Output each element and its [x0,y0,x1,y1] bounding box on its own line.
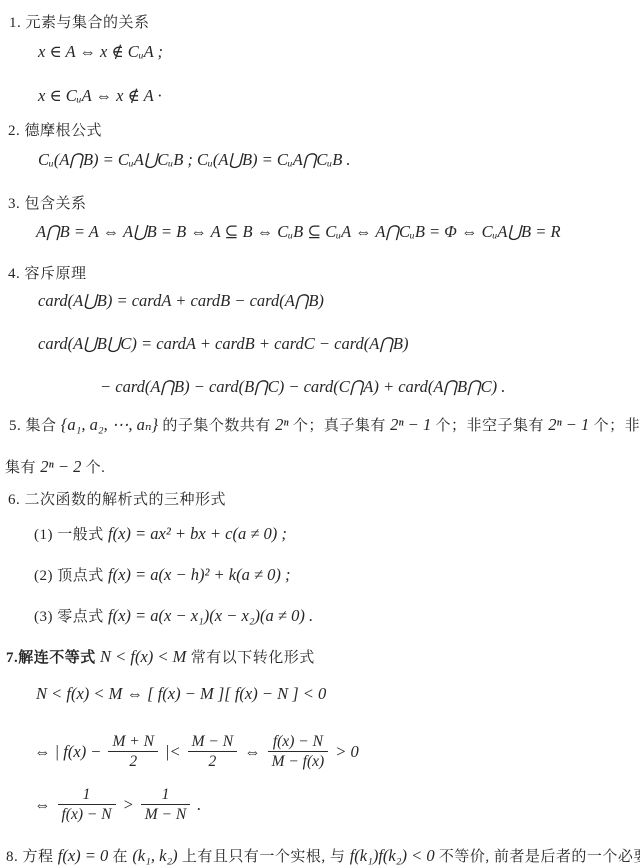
item7-formula-1: N < f(x) < M ⇔ [ f(x) − M ][ f(x) − N ] … [36,684,326,704]
fraction-numerator: M − N [188,733,237,752]
item6-form-1: (1) 一般式 f(x) = ax² + bx + c(a ≠ 0) ; [34,523,287,544]
item2-formula-1: Cᵤ(A⋂B) = CᵤA⋃CᵤB ; Cᵤ(A⋃B) = CᵤA⋂CᵤB . [38,150,351,170]
item5-set-notation: {a₁, a₂, ⋯, aₙ} [61,415,158,434]
item8-line: 8. 方程 f(x) = 0 在 (k₁, k₂) 上有且只有一个实根, 与 f… [6,845,640,866]
item8-text: 在 [108,849,132,865]
item7-f2-part: > 0 [335,742,359,762]
fraction-denominator: M − N [141,805,190,823]
item7-f3-part: > [123,795,134,815]
item6-form-3: (3) 零点式 f(x) = a(x − x₁)(x − x₂)(a ≠ 0) … [34,605,313,626]
item5-text: 个；非空的真子 [589,418,640,434]
item4-formula-3: − card(A⋂B) − card(B⋂C) − card(C⋂A) + ca… [100,377,505,397]
item2-heading: 2. 德摩根公式 [8,119,102,140]
item8-formula: f(x) = 0 [58,846,109,865]
fraction: 1M − N [141,786,190,824]
fraction: M − N2 [188,733,237,771]
item7-formula-3: ⇔ 1f(x) − N > 1M − N . [34,786,201,824]
fraction-numerator: 1 [141,786,190,805]
item1-heading: 1. 元素与集合的关系 [9,11,150,32]
item7-f3-part: ⇔ [34,795,51,815]
fraction-numerator: M + N [108,733,157,752]
item6-form-3-formula: f(x) = a(x − x₁)(x − x₂)(a ≠ 0) . [108,606,313,625]
fraction-denominator: 2 [108,752,157,770]
item4-heading: 4. 容斥原理 [8,262,87,283]
item5-power: 2ⁿ [275,415,288,434]
item5-text: 的子集个数共有 [158,418,275,434]
item4-formula-2: card(A⋃B⋃C) = cardA + cardB + cardC − ca… [38,334,408,354]
item7-f2-part: ⇔ [244,742,261,762]
item7-heading-text2: 常有以下转化形式 [186,650,314,666]
item7-f2-part: |< [165,742,181,762]
item8-text: 不等价, 前者是后者的一个必要而不 [435,849,640,865]
item7-f3-part: . [197,795,201,815]
item6-heading: 6. 二次函数的解析式的三种形式 [8,488,226,509]
fraction-denominator: M − f(x) [268,752,329,770]
fraction-numerator: 1 [58,786,116,805]
item5-line-2: 集有 2ⁿ − 2 个. [5,456,105,477]
fraction: f(x) − NM − f(x) [268,733,329,771]
item5-text: 个. [81,460,105,476]
item6-form-1-formula: f(x) = ax² + bx + c(a ≠ 0) ; [108,524,287,543]
item5-text: 个；真子集有 [289,418,391,434]
fraction-denominator: f(x) − N [58,805,116,823]
math-formula-sheet: { "doc": { "item1": { "heading": "1. 元素与… [0,0,640,868]
item7-heading-formula: N < f(x) < M [100,647,186,666]
item8-text: 8. 方程 [6,849,58,865]
fraction-denominator: 2 [188,752,237,770]
item5-power: 2ⁿ − 2 [40,457,81,476]
item8-text: 上有且只有一个实根, 与 [178,849,350,865]
item4-formula-1: card(A⋃B) = cardA + cardB − card(A⋂B) [38,291,324,311]
item6-form-2: (2) 顶点式 f(x) = a(x − h)² + k(a ≠ 0) ; [34,564,291,585]
item1-formula-2: x ∈ CᵤA ⇔ x ∉ A · [38,86,162,106]
item8-interval: (k₁, k₂) [132,846,177,865]
item5-line-1: 5. 集合 {a₁, a₂, ⋯, aₙ} 的子集个数共有 2ⁿ 个；真子集有 … [9,414,640,435]
item1-formula-1: x ∈ A ⇔ x ∉ CᵤA ; [38,42,163,62]
item6-form-2-formula: f(x) = a(x − h)² + k(a ≠ 0) ; [108,565,291,584]
item5-power: 2ⁿ − 1 [548,415,589,434]
item8-formula: f(k₁)f(k₂) < 0 [350,846,435,865]
fraction: 1f(x) − N [58,786,116,824]
item6-form-2-label: (2) 顶点式 [34,568,108,584]
item6-form-1-label: (1) 一般式 [34,527,108,543]
fraction-numerator: f(x) − N [268,733,329,752]
item5-power: 2ⁿ − 1 [390,415,431,434]
item5-text: 集有 [5,460,40,476]
item5-text: 5. 集合 [9,418,61,434]
item3-formula-1: A⋂B = A ⇔ A⋃B = B ⇔ A ⊆ B ⇔ CᵤB ⊆ CᵤA ⇔ … [36,222,561,242]
item6-form-3-label: (3) 零点式 [34,609,108,625]
item5-text: 个；非空子集有 [431,418,548,434]
item7-formula-2: ⇔ | f(x) − M + N2 |< M − N2 ⇔ f(x) − NM … [34,733,359,771]
item7-f2-part: ⇔ | f(x) − [34,742,101,762]
item3-heading: 3. 包含关系 [8,192,87,213]
item7-heading: 7.解连不等式 N < f(x) < M 常有以下转化形式 [6,646,315,667]
item7-heading-text: 7.解连不等式 [6,650,100,666]
fraction: M + N2 [108,733,157,771]
